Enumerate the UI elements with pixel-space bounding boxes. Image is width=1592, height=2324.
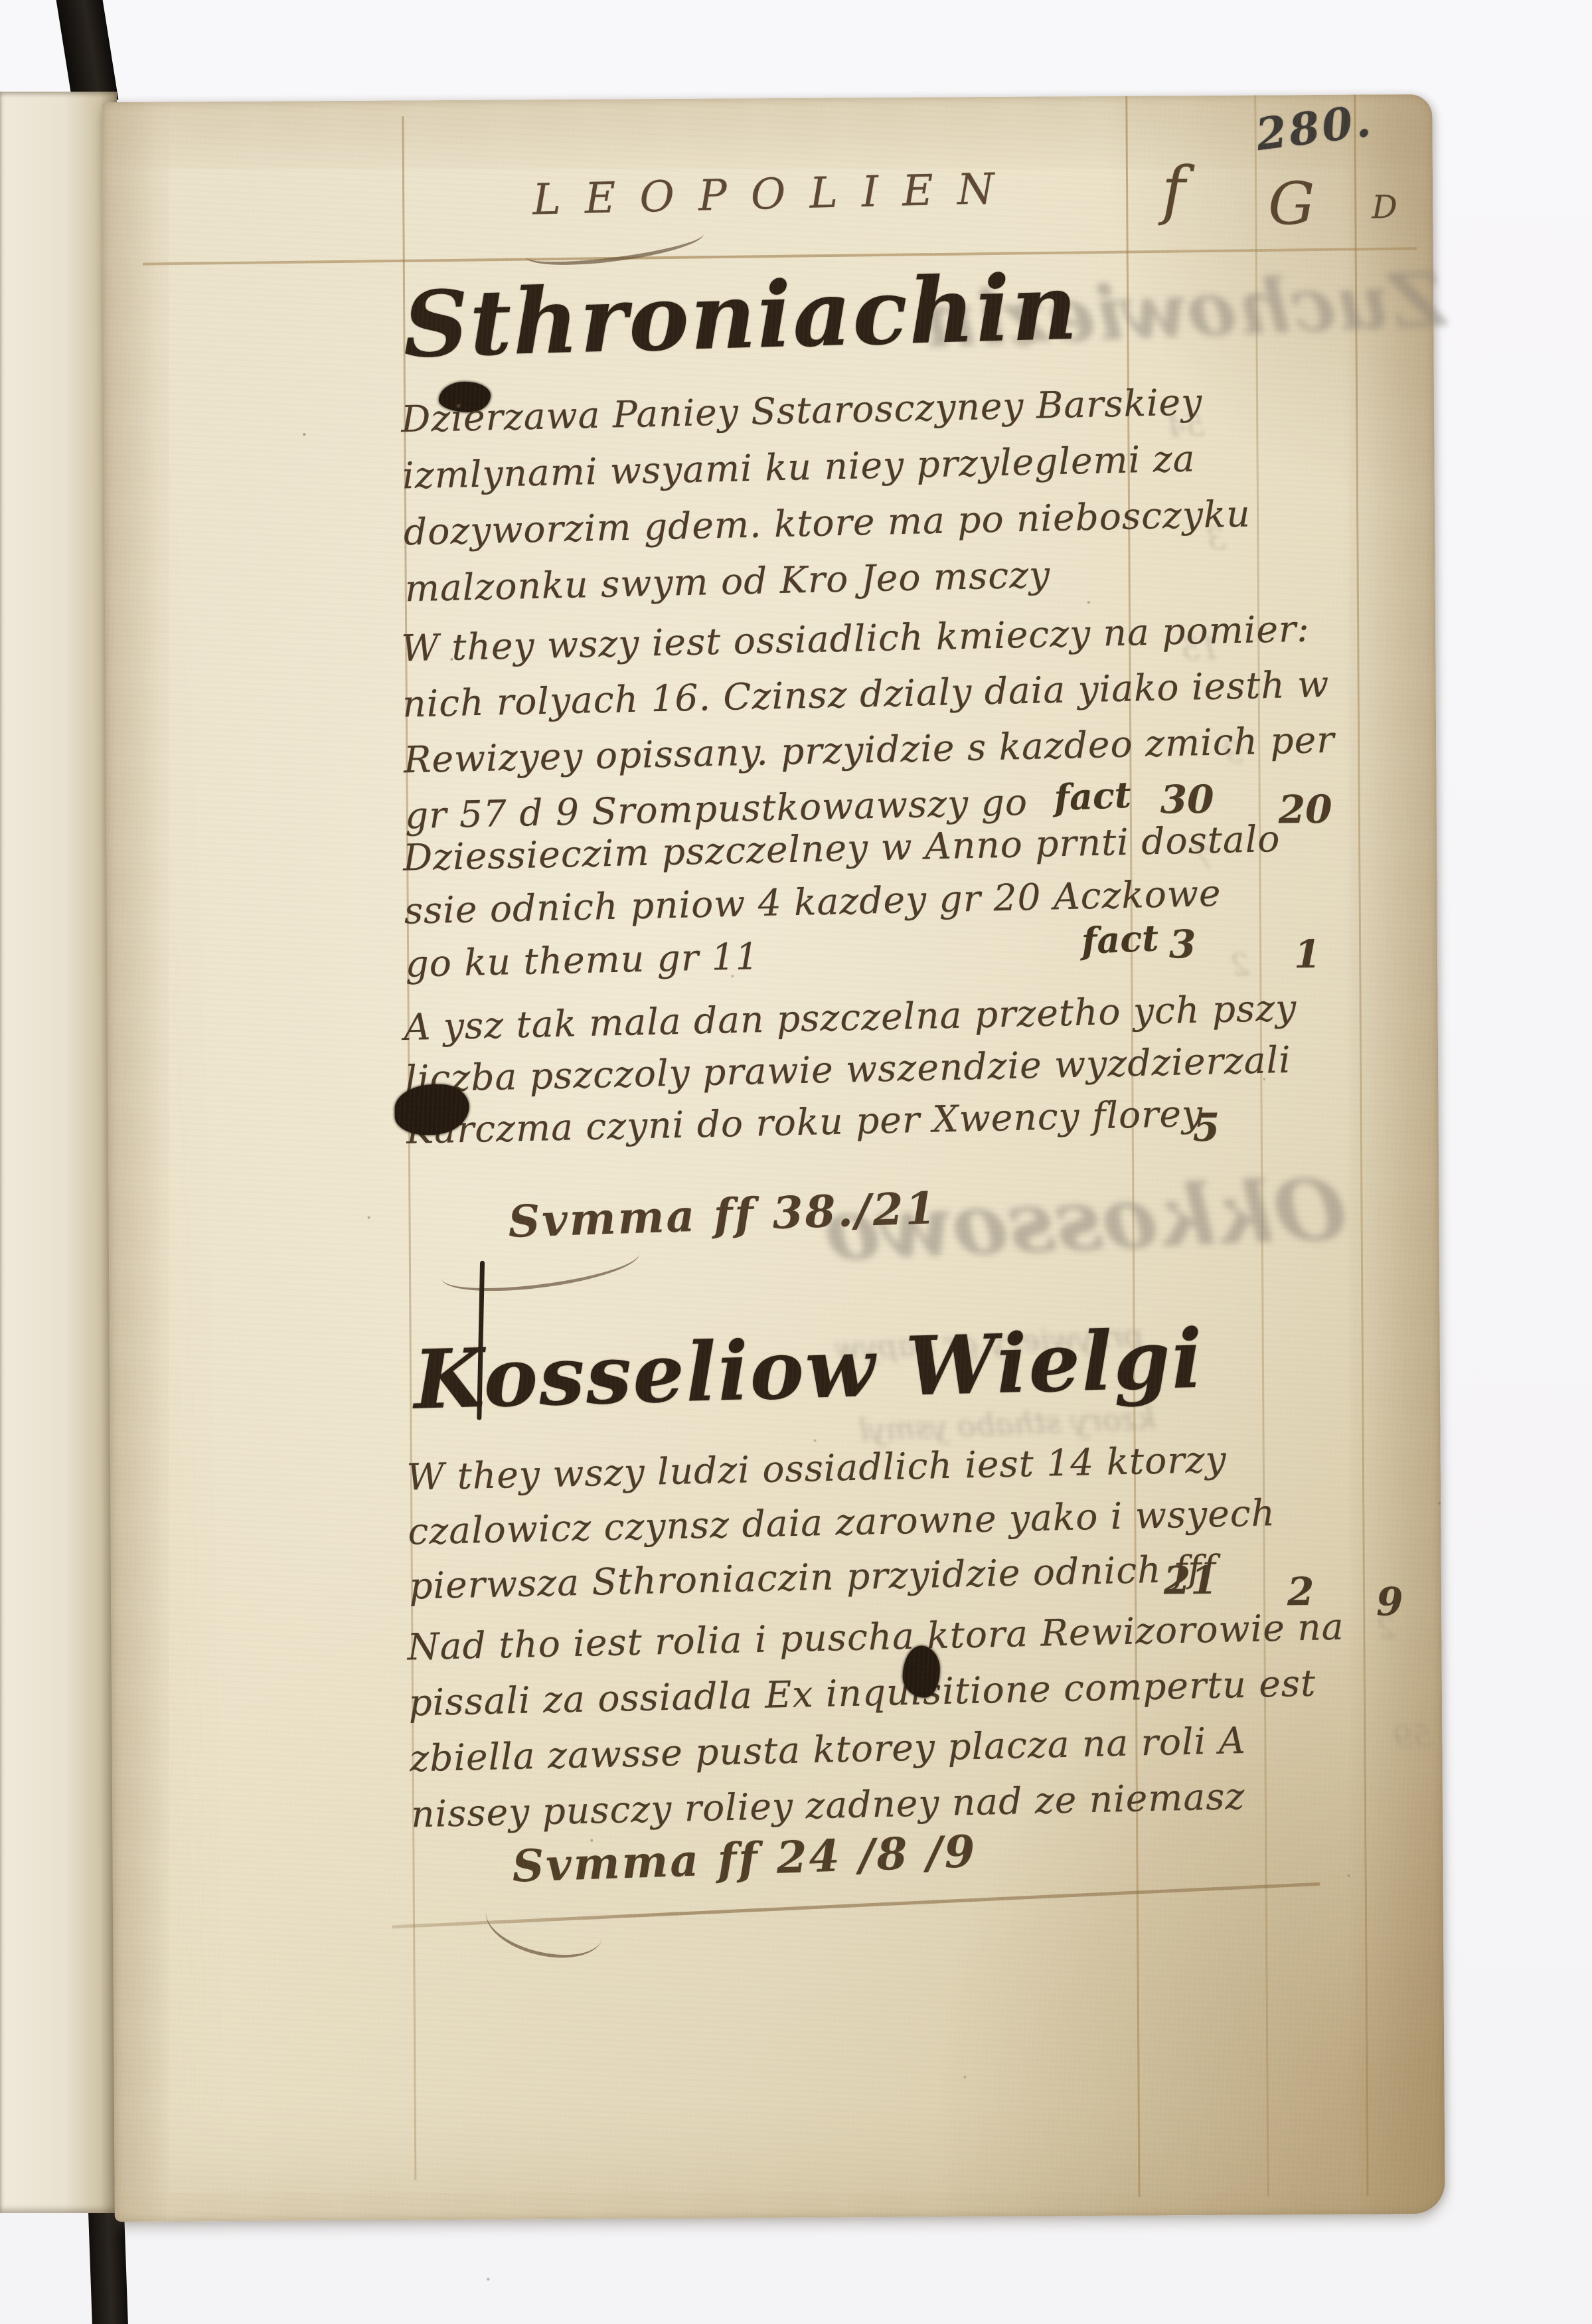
florins-value: 5: [1193, 1105, 1220, 1150]
paragraph: W they wszy ludzi ossiadlich iest 14 kto…: [406, 1431, 1277, 1613]
binding-ribbon-bottom: [88, 2211, 128, 2324]
column-header-grossi: G: [1268, 169, 1315, 238]
summa-descender-loop: [479, 1879, 609, 1969]
grossi-value: 20: [1279, 787, 1332, 832]
florins-value: 21: [1164, 1558, 1218, 1603]
ink-blot: [902, 1645, 939, 1697]
grossi-value: 1: [1294, 932, 1321, 977]
manuscript-page: Zuchowiezin 54 3 15 9 7 2 Okkossowo przy…: [102, 94, 1445, 2222]
column-header-florins: f: [1162, 153, 1186, 227]
paragraph: Nad tho iest rolia i puscha ktora Rewizo…: [407, 1599, 1348, 1843]
folio-number: 280.: [1253, 94, 1376, 161]
paper-specks: [303, 433, 305, 436]
district-header: LEOPOLIEN: [532, 164, 1018, 224]
fact-label: fact: [1053, 774, 1132, 819]
grossi-column-rule: [1254, 96, 1269, 2197]
paragraph: Dziessieczim pszczelney w Anno prnti dos…: [402, 812, 1283, 991]
denarii-value: 9: [1376, 1579, 1403, 1624]
column-header-denarii: D: [1372, 189, 1397, 226]
paragraph: A ysz tak mala dan pszczelna przetho ych…: [404, 982, 1300, 1157]
manuscript-scan: Zuchowiezin 54 3 15 9 7 2 Okkossowo przy…: [0, 0, 1592, 2324]
paragraph: Dzierzawa Paniey Sstarosczyney Barskiey …: [400, 373, 1252, 618]
facing-page-gutter: [0, 92, 117, 2213]
florins-value: 3: [1169, 922, 1196, 967]
fact-label: fact: [1081, 916, 1160, 962]
denarii-column-rule: [1354, 95, 1368, 2196]
ghost-margin-mark: 59: [1392, 1718, 1433, 1755]
section-heading: Sthroniachin: [402, 254, 1079, 378]
binding-ribbon-top: [56, 0, 119, 100]
